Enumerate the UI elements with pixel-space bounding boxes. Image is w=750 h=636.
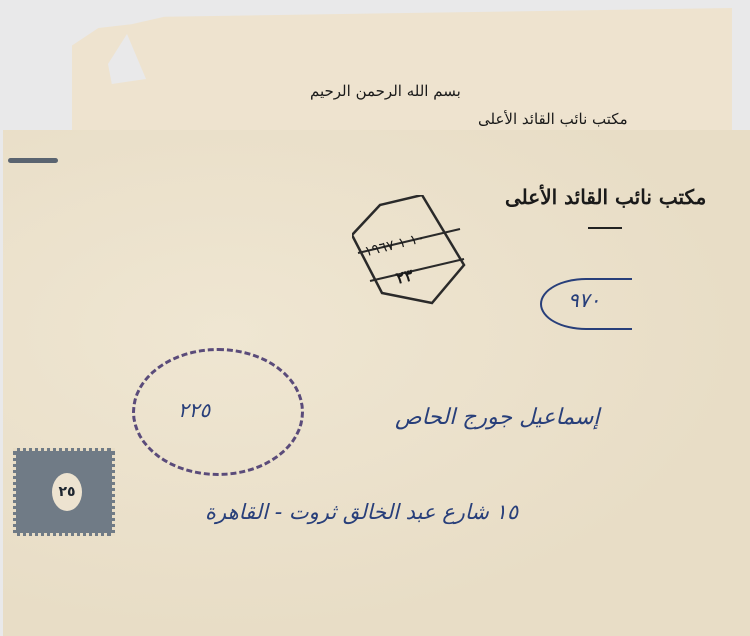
oval-office-stamp [132,348,304,476]
revenue-stamp: ٢٥ [13,448,115,536]
header-underline [588,227,622,229]
oval-stamp-note: ٢٢٥ [178,398,210,422]
staple [8,158,58,163]
addressee-name: إسماعيل جورج الحاص [395,405,600,430]
basmala-text: بسم الله الرحمن الرحيم [310,82,461,100]
back-letter-office: مكتب نائب القائد الأعلى [478,110,628,128]
back-letter-sheet [72,8,732,133]
reference-number: ٩٧٠ [568,288,600,312]
stamp-value: ٢٥ [52,473,82,511]
postmark: ١٠ ١ ١٩٦٧ ٢٣ [352,195,470,305]
envelope-office-header: مكتب نائب القائد الأعلى [505,185,706,209]
address-line: ١٥ شارع عبد الخالق ثروت - القاهرة [205,500,518,524]
